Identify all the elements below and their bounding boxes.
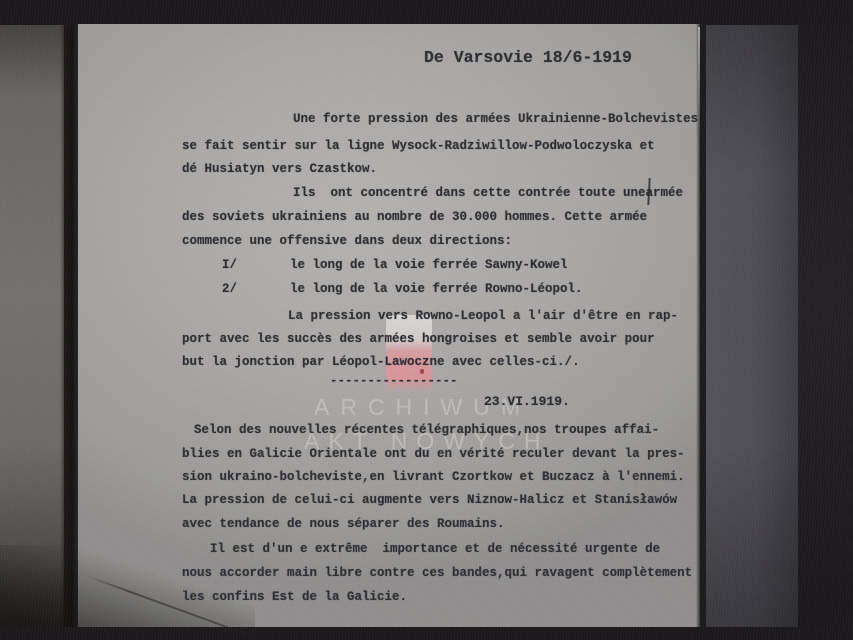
dashed-separator: ----------------- (330, 374, 458, 388)
para2-line1: Ils ont concentré dans cette contrée tou… (293, 186, 683, 200)
film-edge-left (0, 25, 64, 627)
film-edge-right-shade (706, 25, 798, 627)
para2-line2: des soviets ukrainiens au nombre de 30.0… (182, 210, 647, 224)
page-edge-glint (698, 27, 700, 132)
para3-line2: port avec les succès des armées hongrois… (182, 332, 655, 346)
bottom-left-shadow (0, 545, 255, 627)
para3-line1: La pression vers Rowno-Leopol a l'air d'… (288, 309, 678, 323)
para2-line3: commence une offensive dans deux directi… (182, 234, 512, 248)
microfilm-document-view: ARCHIWUM AKT NOWYCH De Varsovie 18/6-191… (0, 0, 853, 640)
film-border-right (798, 25, 853, 627)
second-dateline: 23.VI.1919. (484, 394, 570, 409)
para1-line2: se fait sentir sur la ligne Wysock-Radzi… (182, 139, 655, 153)
para1-line1: Une forte pression des armées Ukrainienn… (293, 112, 698, 126)
page-left-shadow (60, 25, 80, 627)
para4-line5: avec tendance de nous séparer des Roumai… (182, 517, 505, 531)
list-item2-text: le long de la voie ferrée Rowno-Léopol. (290, 282, 583, 296)
para5-line1: Il est d'un e extrême importance et de n… (210, 542, 660, 556)
para4-line2: blies en Galicie Orientale ont du en vér… (182, 447, 685, 461)
para3-line3: but la jonction par Léopol-Lawoczne avec… (182, 355, 580, 369)
para4-line4: La pression de celui-ci augmente vers Ni… (182, 493, 677, 507)
para1-line3: dé Husiatyn vers Czastkow. (182, 162, 377, 176)
para4-line3: sion ukraino-bolcheviste,en livrant Czor… (182, 470, 685, 484)
list-item2-number: 2/ (222, 282, 237, 296)
para5-line3: les confins Est de la Galicie. (182, 590, 407, 604)
para5-line2: nous accorder main libre contre ces band… (182, 566, 692, 580)
para4-line1: Selon des nouvelles récentes télégraphiq… (194, 423, 659, 437)
list-item1-text: le long de la voie ferrée Sawny-Kowel (290, 258, 568, 272)
dateline: De Varsovie 18/6-1919 (424, 48, 632, 67)
list-item1-number: I/ (222, 258, 237, 272)
